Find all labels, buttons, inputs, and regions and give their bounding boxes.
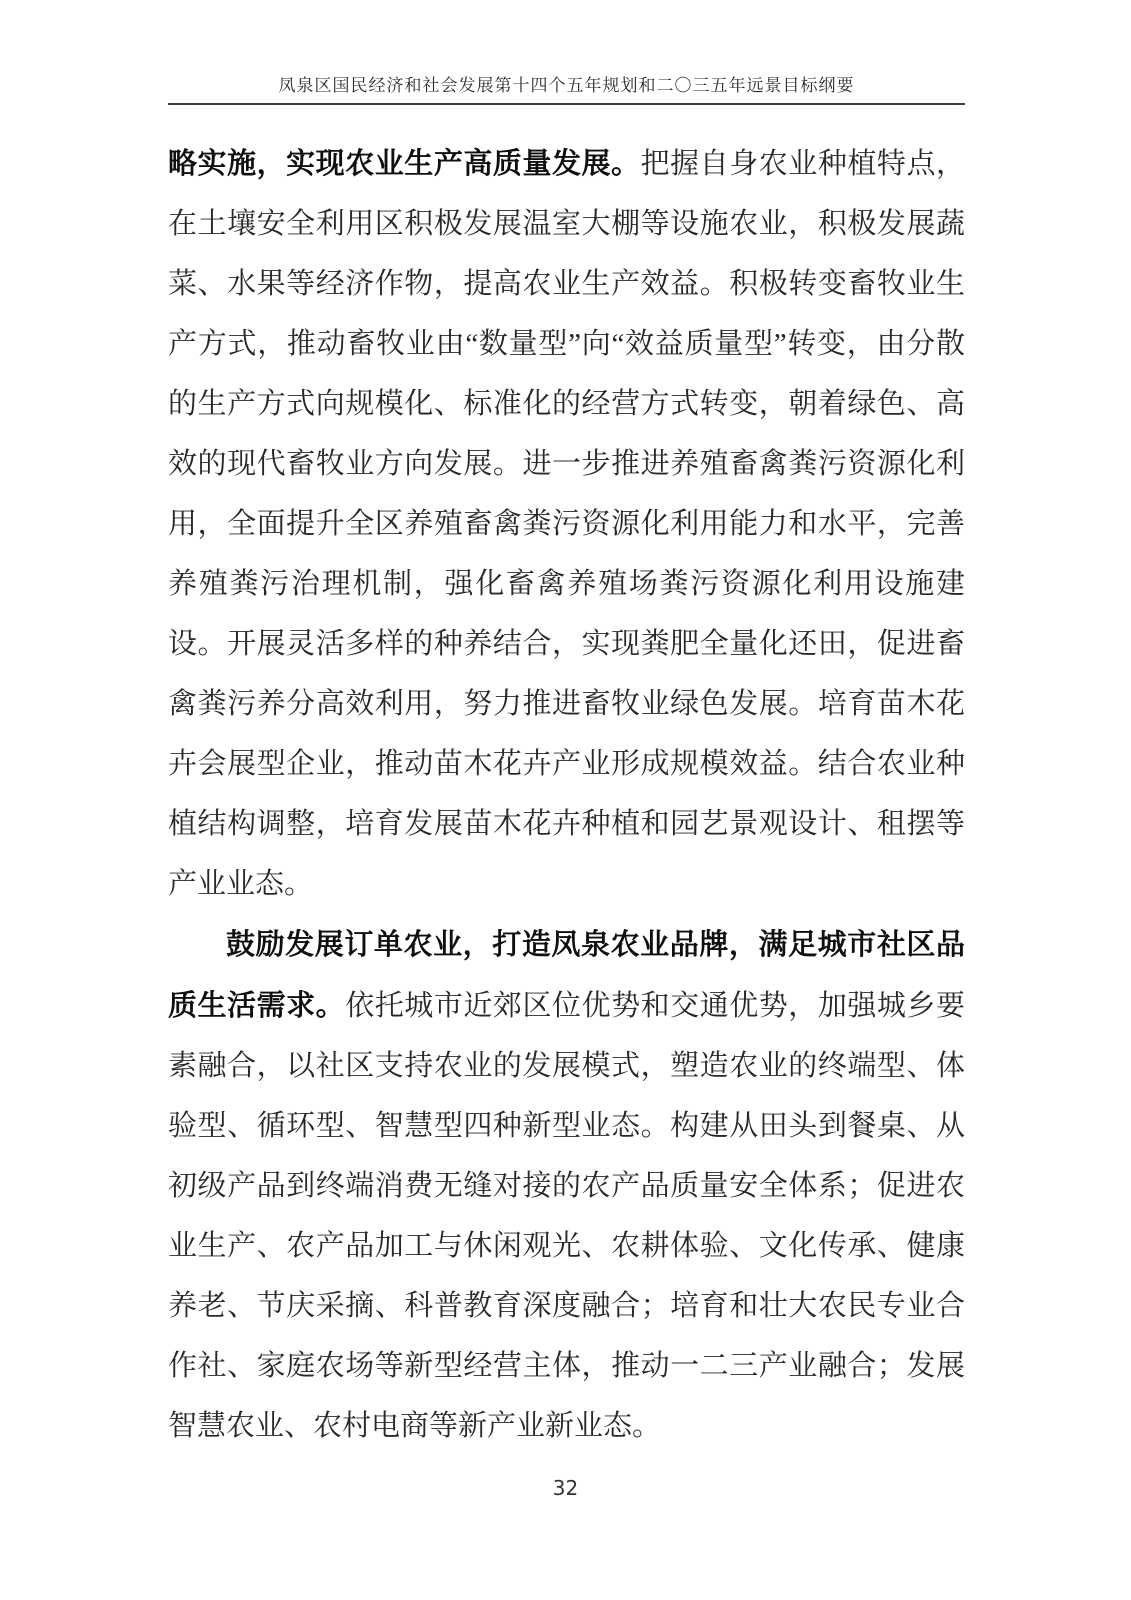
document-page: 凤泉区国民经济和社会发展第十四个五年规划和二〇三五年远景目标纲要 略实施，实现农… — [0, 0, 1131, 1600]
running-head: 凤泉区国民经济和社会发展第十四个五年规划和二〇三五年远景目标纲要 — [168, 76, 965, 105]
paragraph-2-text: 依托城市近郊区位优势和交通优势，加强城乡要素融合，以社区支持农业的发展模式，塑造… — [168, 990, 965, 1442]
paragraph-1-text: 把握自身农业种植特点，在土壤安全利用区积极发展温室大棚等设施农业，积极发展蔬菜、… — [168, 148, 965, 900]
document-body: 略实施，实现农业生产高质量发展。把握自身农业种植特点，在土壤安全利用区积极发展温… — [168, 133, 965, 1456]
paragraph-2: 鼓励发展订单农业，打造凤泉农业品牌，满足城市社区品质生活需求。依托城市近郊区位优… — [168, 914, 965, 1456]
page-number: 32 — [0, 1476, 1131, 1500]
paragraph-1-bold-lead: 略实施，实现农业生产高质量发展。 — [168, 146, 641, 180]
paragraph-1: 略实施，实现农业生产高质量发展。把握自身农业种植特点，在土壤安全利用区积极发展温… — [168, 133, 965, 914]
